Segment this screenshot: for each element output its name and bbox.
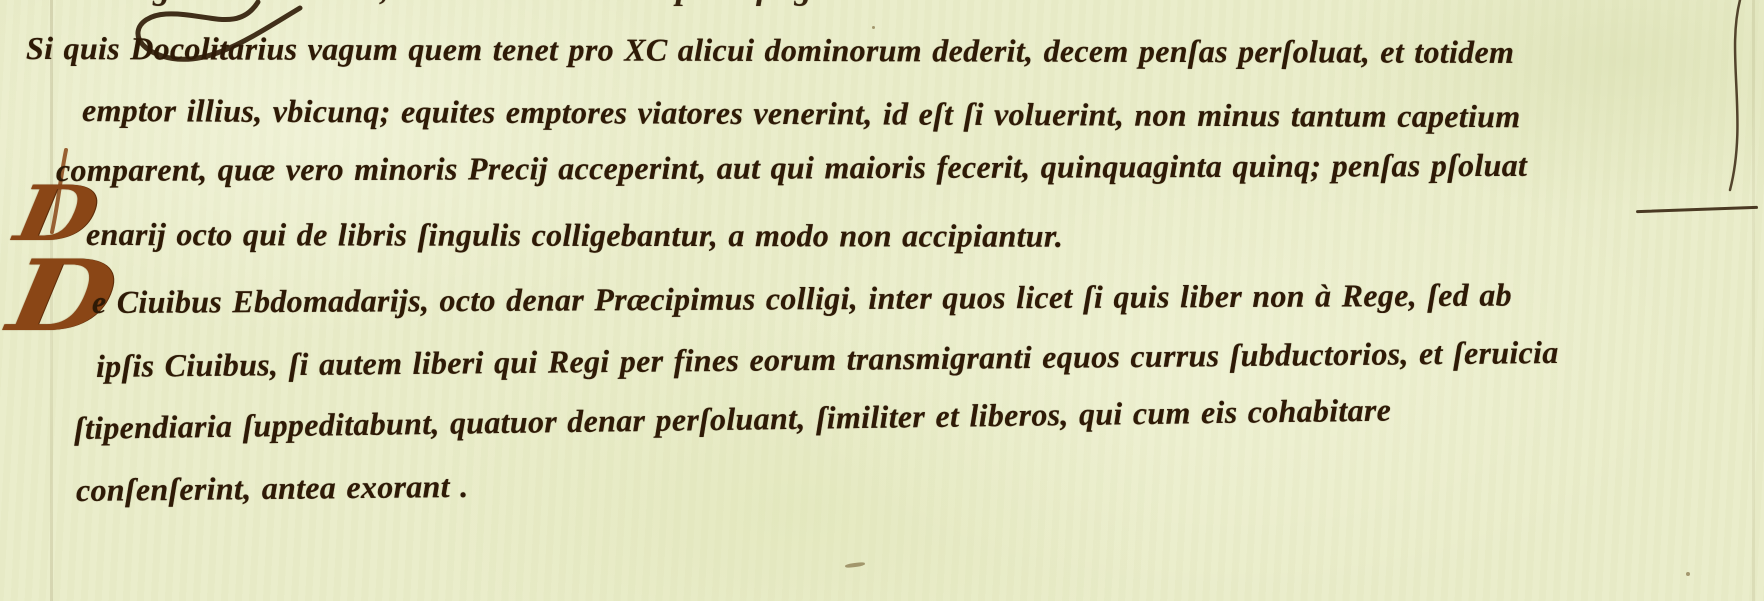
manuscript-line: ipſis Ciuibus, ſi autem liberi qui Regi …	[96, 334, 1559, 385]
ink-smudge	[845, 562, 865, 569]
ink-speck	[1686, 572, 1690, 576]
manuscript-line: Si quis Docolitarius vagum quem tenet pr…	[26, 30, 1514, 71]
manuscript-line: ſtipendiaria ſuppeditabunt, quatuor dena…	[74, 392, 1392, 447]
manuscript-line: comparent, quæ vero minoris Precij accep…	[56, 147, 1527, 189]
manuscript-line: emptor illius, vbicunq; equites emptores…	[82, 92, 1521, 135]
manuscript-line-cropped: riginum et marti , a dominis vite vna pe…	[130, 0, 872, 8]
manuscript-line: e Ciuibus Ebdomadarijs, octo denar Præci…	[92, 277, 1512, 321]
manuscript-line: enarij octo qui de libris ſingulis colli…	[86, 216, 1063, 255]
pen-flourish-top-right	[1730, 0, 1740, 190]
ink-speck	[872, 26, 875, 29]
underline-flourish	[1636, 206, 1758, 213]
manuscript-line: conſenſerint, antea exorant .	[76, 468, 469, 509]
fold-line-right	[1752, 0, 1755, 601]
manuscript-page: riginum et marti , a dominis vite vna pe…	[0, 0, 1764, 601]
